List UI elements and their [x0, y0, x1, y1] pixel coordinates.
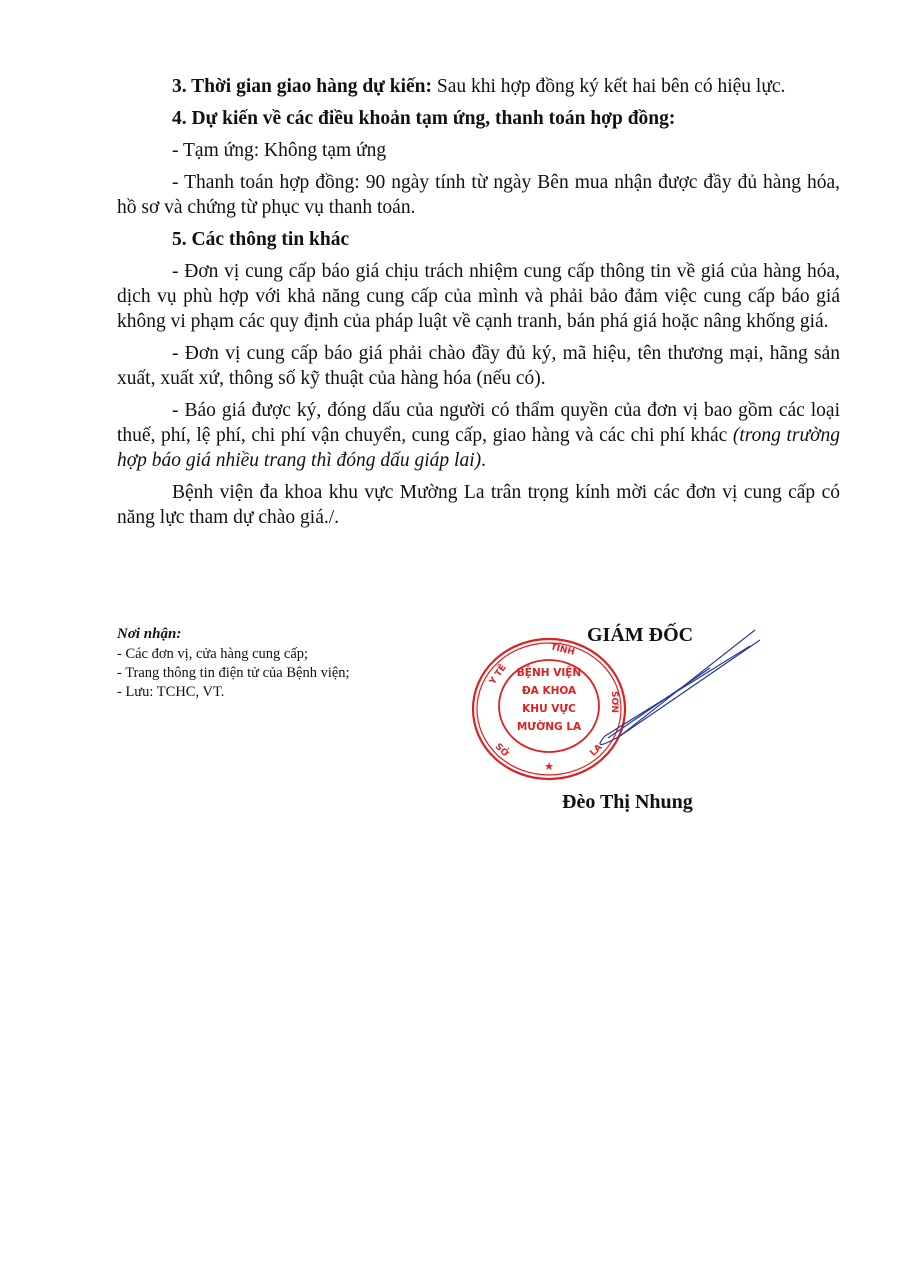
section-3-delivery: 3. Thời gian giao hàng dự kiến: Sau khi …	[117, 74, 840, 99]
section-5-item-3: - Báo giá được ký, đóng dấu của người có…	[117, 398, 840, 473]
section-4-payment: - Thanh toán hợp đồng: 90 ngày tính từ n…	[117, 170, 840, 220]
signature-title: GIÁM ĐỐC	[587, 622, 693, 648]
section-4-advance: - Tạm ứng: Không tạm ứng	[117, 138, 840, 163]
stamp-star-icon: ★	[544, 760, 554, 773]
section-5-item-2: - Đơn vị cung cấp báo giá phải chào đầy …	[117, 341, 840, 391]
section-5-item-1: - Đơn vị cung cấp báo giá chịu trách nhi…	[117, 259, 840, 334]
recipient-item: - Trang thông tin điện tử của Bệnh viện;	[117, 664, 437, 683]
stamp-outer-bottom-left: SỞ	[493, 740, 512, 759]
signatory-name: Đèo Thị Nhung	[562, 789, 693, 815]
recipient-item: - Lưu: TCHC, VT.	[117, 683, 437, 702]
section-5-item-3-text: - Báo giá được ký, đóng dấu của người có…	[117, 400, 840, 446]
section-5-item-3-end: .	[481, 450, 486, 471]
section-5-heading: 5. Các thông tin khác	[117, 227, 840, 252]
recipients-title: Nơi nhận:	[117, 624, 437, 645]
section-4-heading: 4. Dự kiến về các điều khoản tạm ứng, th…	[117, 106, 840, 131]
section-3-label: 3. Thời gian giao hàng dự kiến:	[172, 76, 432, 97]
recipient-item: - Các đơn vị, cửa hàng cung cấp;	[117, 645, 437, 664]
closing-paragraph: Bệnh viện đa khoa khu vực Mường La trân …	[117, 480, 840, 530]
recipients-block: Nơi nhận: - Các đơn vị, cửa hàng cung cấ…	[117, 624, 437, 702]
section-3-text: Sau khi hợp đồng ký kết hai bên có hiệu …	[432, 76, 785, 97]
document-body: 3. Thời gian giao hàng dự kiến: Sau khi …	[117, 74, 840, 537]
